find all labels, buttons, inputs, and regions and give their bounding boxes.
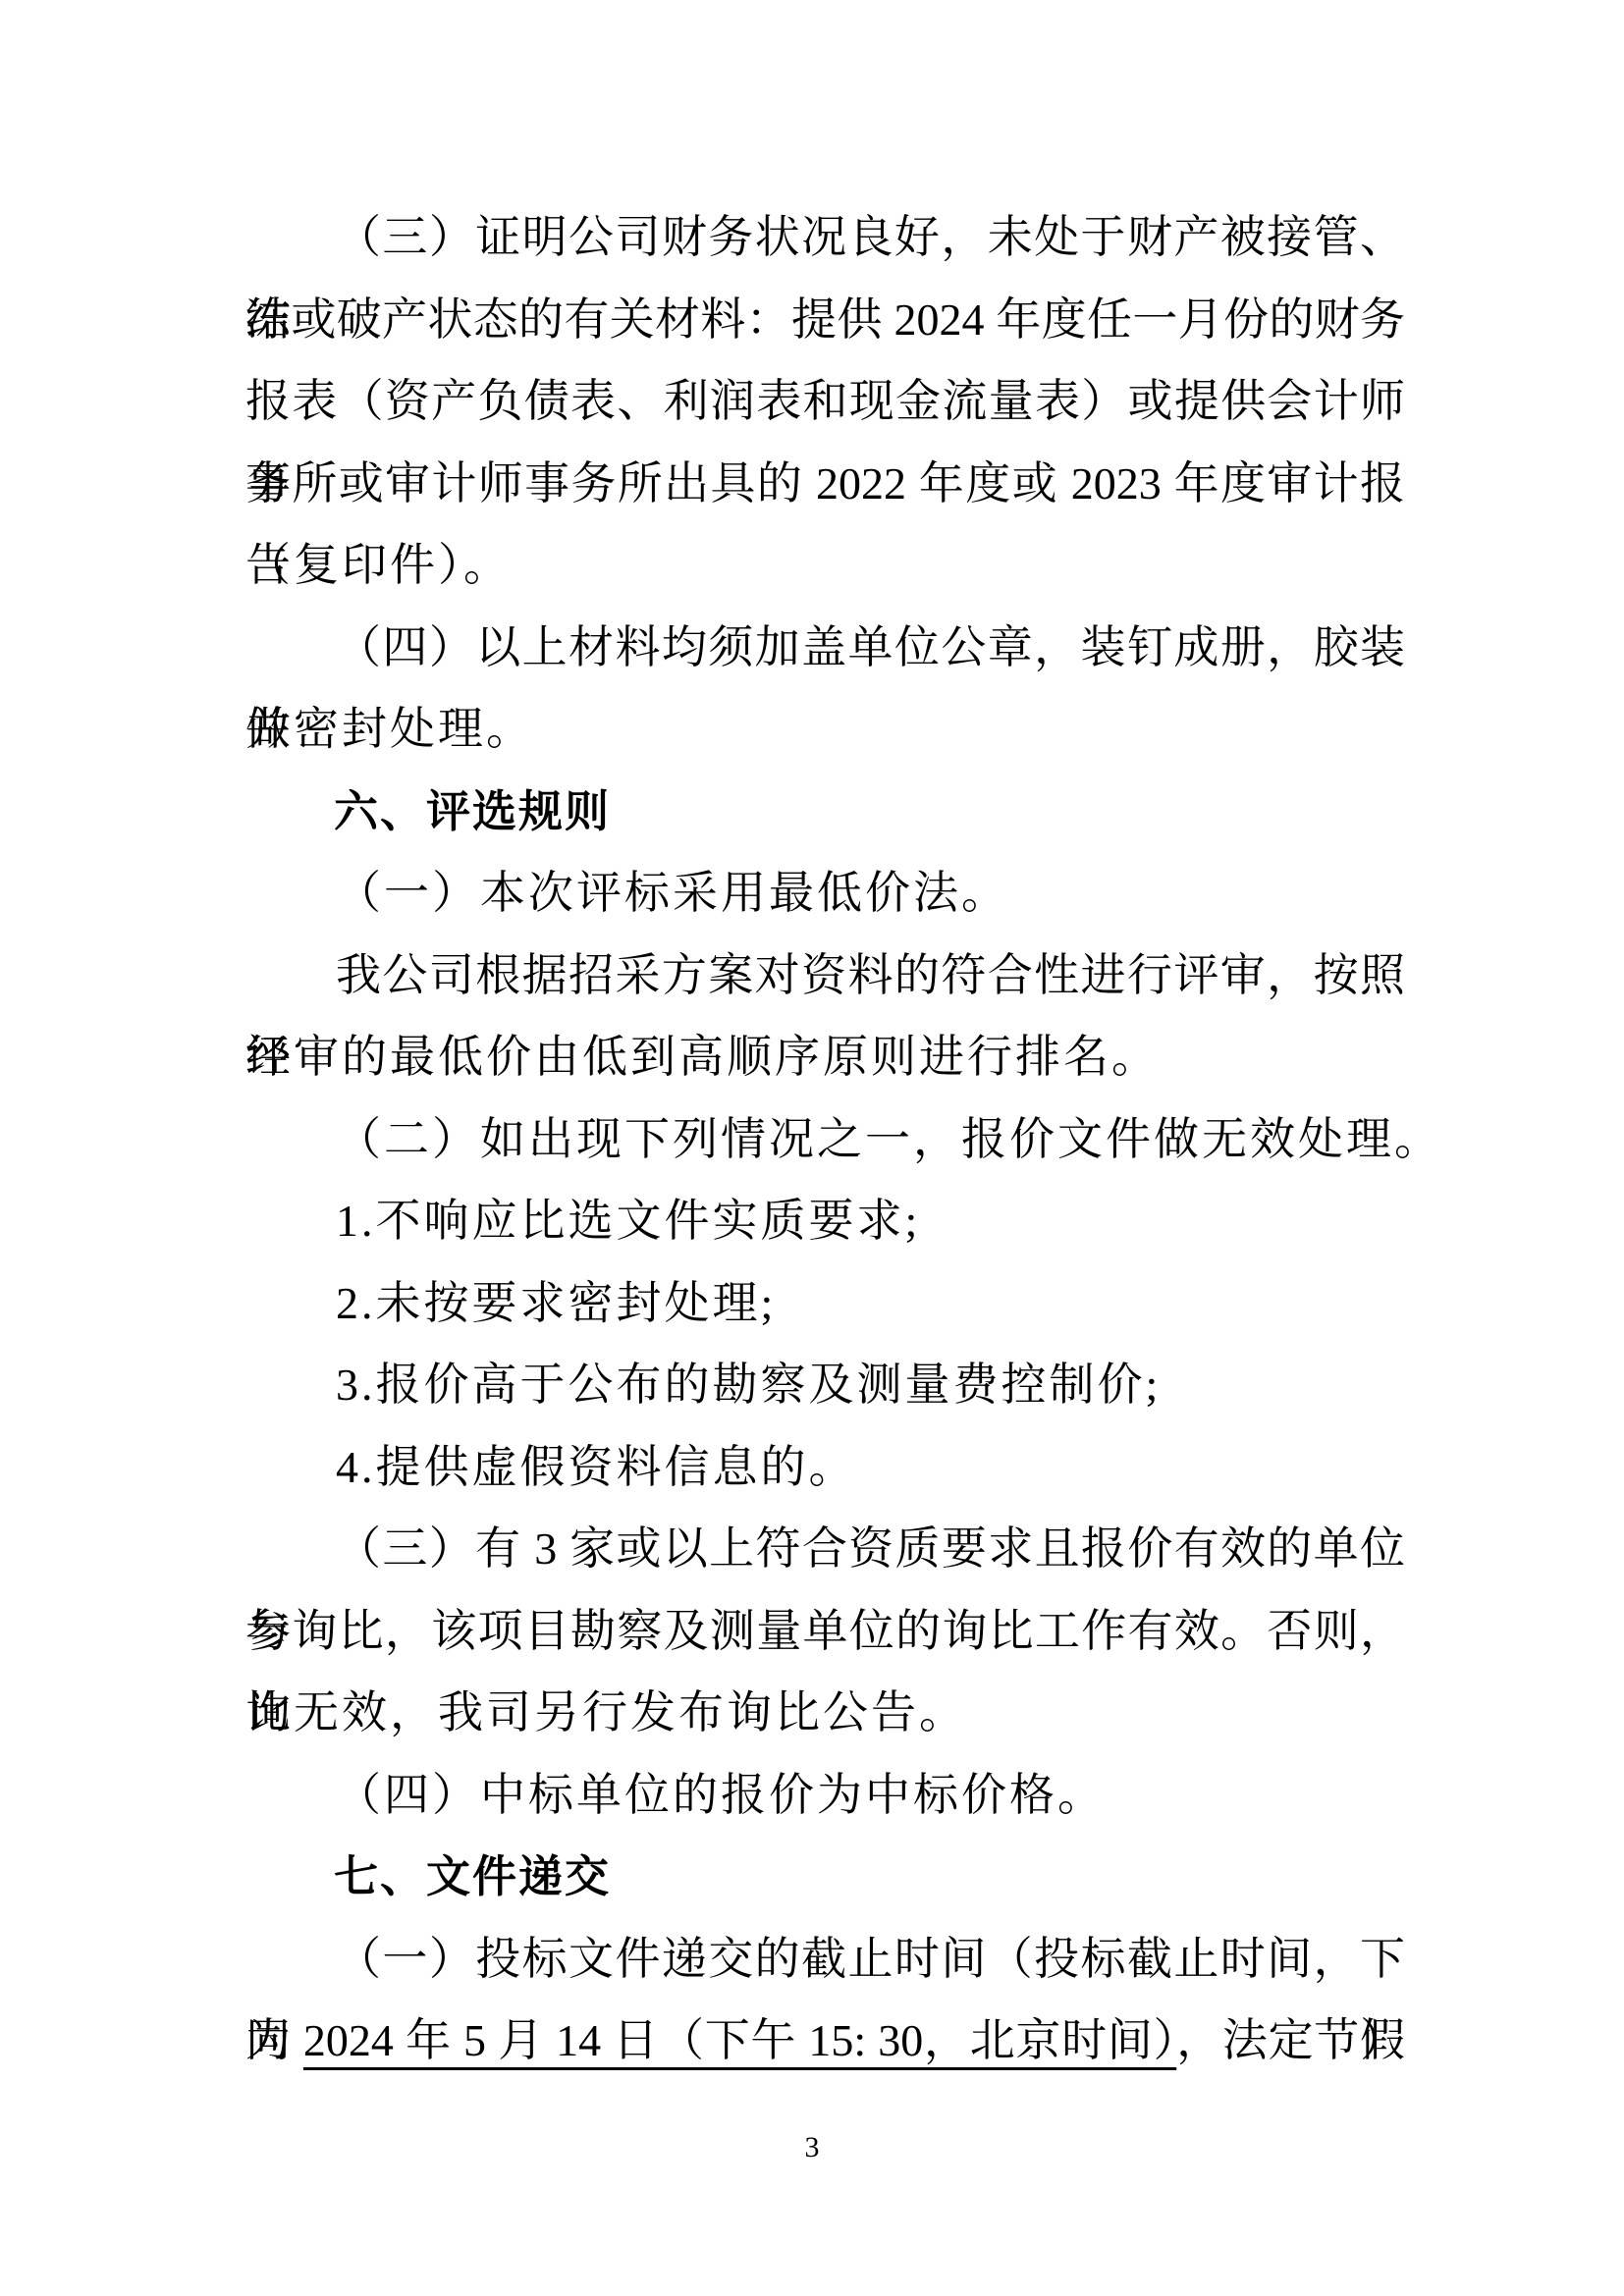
doc-list-item: 1.不响应比选文件实质要求; — [245, 1180, 1405, 1262]
doc-line: 我公司根据招采方案对资料的符合性进行评审，按照经 — [245, 934, 1405, 1017]
doc-line: 比无效，我司另行发布询比公告。 — [245, 1672, 1405, 1754]
doc-line: （一）投标文件递交的截止时间（投标截止时间，下同） — [245, 1918, 1405, 2001]
document-page: （三）证明公司财务状况良好，未处于财产被接管、冻 结或破产状态的有关材料：提供 … — [0, 0, 1624, 2296]
doc-line: 评审的最低价由低到高顺序原则进行排名。 — [245, 1016, 1405, 1098]
doc-line: （二）如出现下列情况之一，报价文件做无效处理。 — [245, 1098, 1405, 1181]
doc-list-item: 3.报价高于公布的勘察及测量费控制价; — [245, 1344, 1405, 1426]
section-heading-6: 六、评选规则 — [245, 771, 1405, 853]
page-number: 3 — [0, 2128, 1624, 2167]
doc-line-deadline: 为 2024 年 5 月 14 日（下午 15: 30，北京时间），法定节假 — [245, 2000, 1405, 2082]
deadline-underlined-text: 2024 年 5 月 14 日（下午 15: 30，北京时间） — [303, 2015, 1176, 2065]
document-text-block: （三）证明公司财务状况良好，未处于财产被接管、冻 结或破产状态的有关材料：提供 … — [245, 196, 1405, 2082]
doc-line: （一）本次评标采用最低价法。 — [245, 852, 1405, 934]
doc-line: 结或破产状态的有关材料：提供 2024 年度任一月份的财务 — [245, 279, 1405, 361]
doc-line: （三）证明公司财务状况良好，未处于财产被接管、冻 — [245, 196, 1405, 279]
doc-line: （四）以上材料均须加盖单位公章，装钉成册，胶装并 — [245, 607, 1405, 689]
deadline-suffix: ，法定节假 — [1176, 2015, 1405, 2065]
section-heading-7: 七、文件递交 — [245, 1836, 1405, 1918]
doc-line: 与询比，该项目勘察及测量单位的询比工作有效。否则，询 — [245, 1590, 1405, 1673]
doc-line: 做密封处理。 — [245, 688, 1405, 771]
doc-line: （三）有 3 家或以上符合资质要求且报价有效的单位参 — [245, 1508, 1405, 1590]
doc-line: 报表（资产负债表、利润表和现金流量表）或提供会计师事 — [245, 360, 1405, 443]
doc-list-item: 2.未按要求密封处理; — [245, 1262, 1405, 1345]
doc-line: （复印件）。 — [245, 524, 1405, 607]
doc-line: （四）中标单位的报价为中标价格。 — [245, 1754, 1405, 1837]
doc-list-item: 4.提供虚假资料信息的。 — [245, 1426, 1405, 1509]
deadline-prefix: 为 — [245, 2015, 303, 2065]
doc-line: 务所或审计师事务所出具的 2022 年度或 2023 年度审计报告 — [245, 443, 1405, 525]
